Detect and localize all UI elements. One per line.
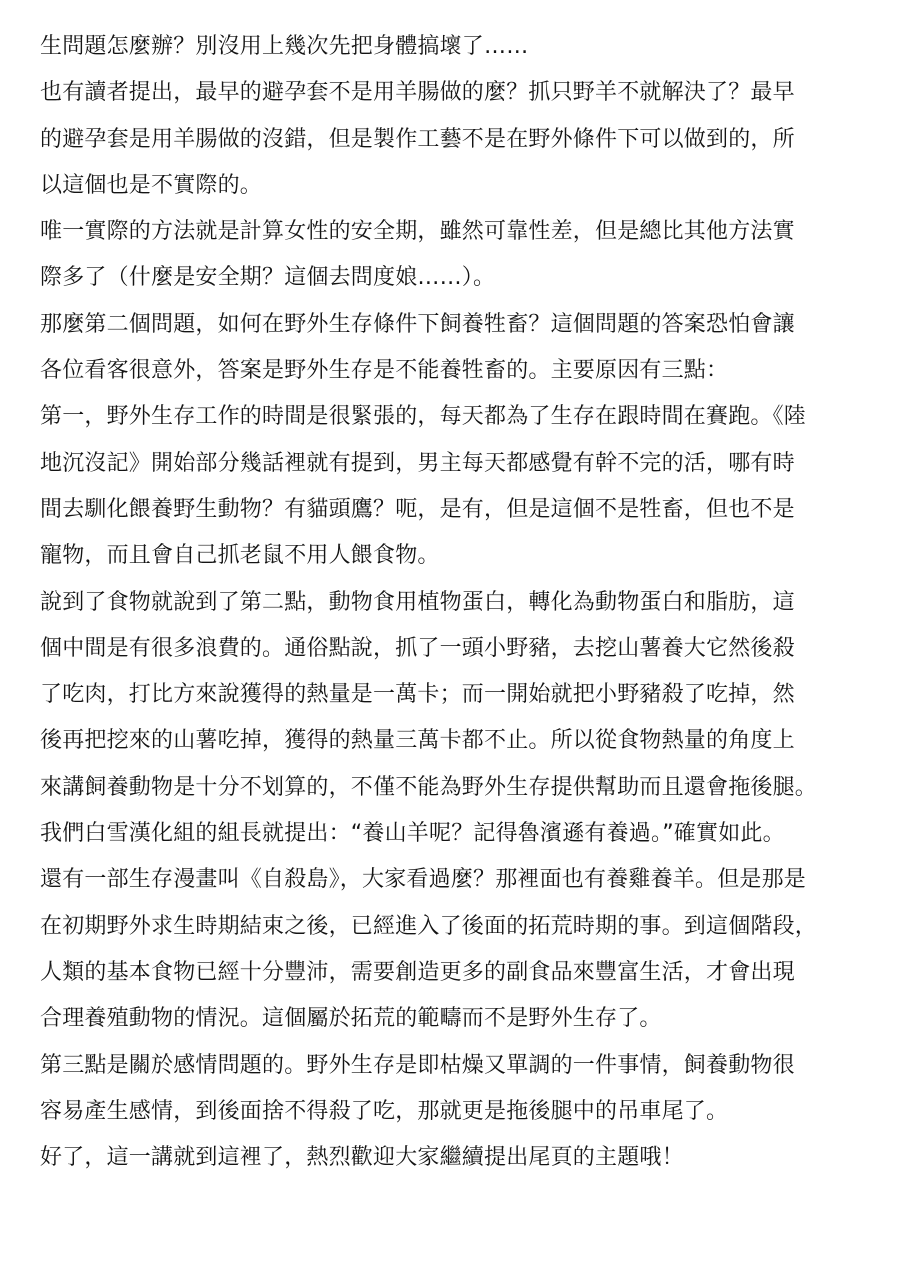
text-line: 際多了（什麼是安全期？這個去問度娘……）。 — [40, 255, 880, 301]
text-line: 來講飼養動物是十分不划算的，不僅不能為野外生存提供幫助而且還會拖後腿。 — [40, 765, 880, 811]
text-line: 的避孕套是用羊腸做的沒錯，但是製作工藝不是在野外條件下可以做到的，所 — [40, 117, 880, 163]
text-line: 地沉沒記》開始部分幾話裡就有提到，男主每天都感覺有幹不完的活，哪有時 — [40, 441, 880, 487]
text-line: 第一，野外生存工作的時間是很緊張的，每天都為了生存在跟時間在賽跑。《陸 — [40, 394, 880, 440]
text-line: 那麼第二個問題，如何在野外生存條件下飼養牲畜？這個問題的答案恐怕會讓 — [40, 302, 880, 348]
text-line: 後再把挖來的山薯吃掉，獲得的熱量三萬卡都不止。所以從食物熱量的角度上 — [40, 718, 880, 764]
text-line: 人類的基本食物已經十分豐沛，需要創造更多的副食品來豐富生活，才會出現 — [40, 950, 880, 996]
text-line: 我們白雪漢化組的組長就提出：“養山羊呢？記得魯濱遜有養過。”確實如此。 — [40, 811, 880, 857]
text-line: 了吃肉，打比方來說獲得的熱量是一萬卡；而一開始就把小野豬殺了吃掉，然 — [40, 672, 880, 718]
text-line: 個中間是有很多浪費的。通俗點說，抓了一頭小野豬，去挖山薯養大它然後殺 — [40, 626, 880, 672]
article-body: 生問題怎麼辦？別沒用上幾次先把身體搞壞了…… 也有讀者提出，最早的避孕套不是用羊… — [40, 24, 880, 1181]
text-line: 各位看客很意外，答案是野外生存是不能養牲畜的。主要原因有三點： — [40, 348, 880, 394]
text-line: 在初期野外求生時期結束之後，已經進入了後面的拓荒時期的事。到這個階段， — [40, 904, 880, 950]
text-line: 也有讀者提出，最早的避孕套不是用羊腸做的麼？抓只野羊不就解決了？最早 — [40, 70, 880, 116]
text-line: 還有一部生存漫畫叫《自殺島》，大家看過麼？那裡面也有養雞養羊。但是那是 — [40, 857, 880, 903]
text-line: 寵物，而且會自己抓老鼠不用人餵食物。 — [40, 533, 880, 579]
text-line: 說到了食物就說到了第二點，動物食用植物蛋白，轉化為動物蛋白和脂肪，這 — [40, 580, 880, 626]
text-line: 以這個也是不實際的。 — [40, 163, 880, 209]
document-page: 生問題怎麼辦？別沒用上幾次先把身體搞壞了…… 也有讀者提出，最早的避孕套不是用羊… — [0, 0, 909, 1286]
text-line: 好了，這一講就到這裡了，熱烈歡迎大家繼續提出尾頁的主題哦！ — [40, 1135, 880, 1181]
text-line: 生問題怎麼辦？別沒用上幾次先把身體搞壞了…… — [40, 24, 880, 70]
text-line: 唯一實際的方法就是計算女性的安全期，雖然可靠性差，但是總比其他方法實 — [40, 209, 880, 255]
text-line: 容易產生感情，到後面捨不得殺了吃，那就更是拖後腿中的吊車尾了。 — [40, 1089, 880, 1135]
text-line: 第三點是關於感情問題的。野外生存是即枯燥又單調的一件事情，飼養動物很 — [40, 1043, 880, 1089]
text-line: 合理養殖動物的情況。這個屬於拓荒的範疇而不是野外生存了。 — [40, 996, 880, 1042]
text-line: 間去馴化餵養野生動物？有貓頭鷹？呃，是有，但是這個不是牲畜，但也不是 — [40, 487, 880, 533]
